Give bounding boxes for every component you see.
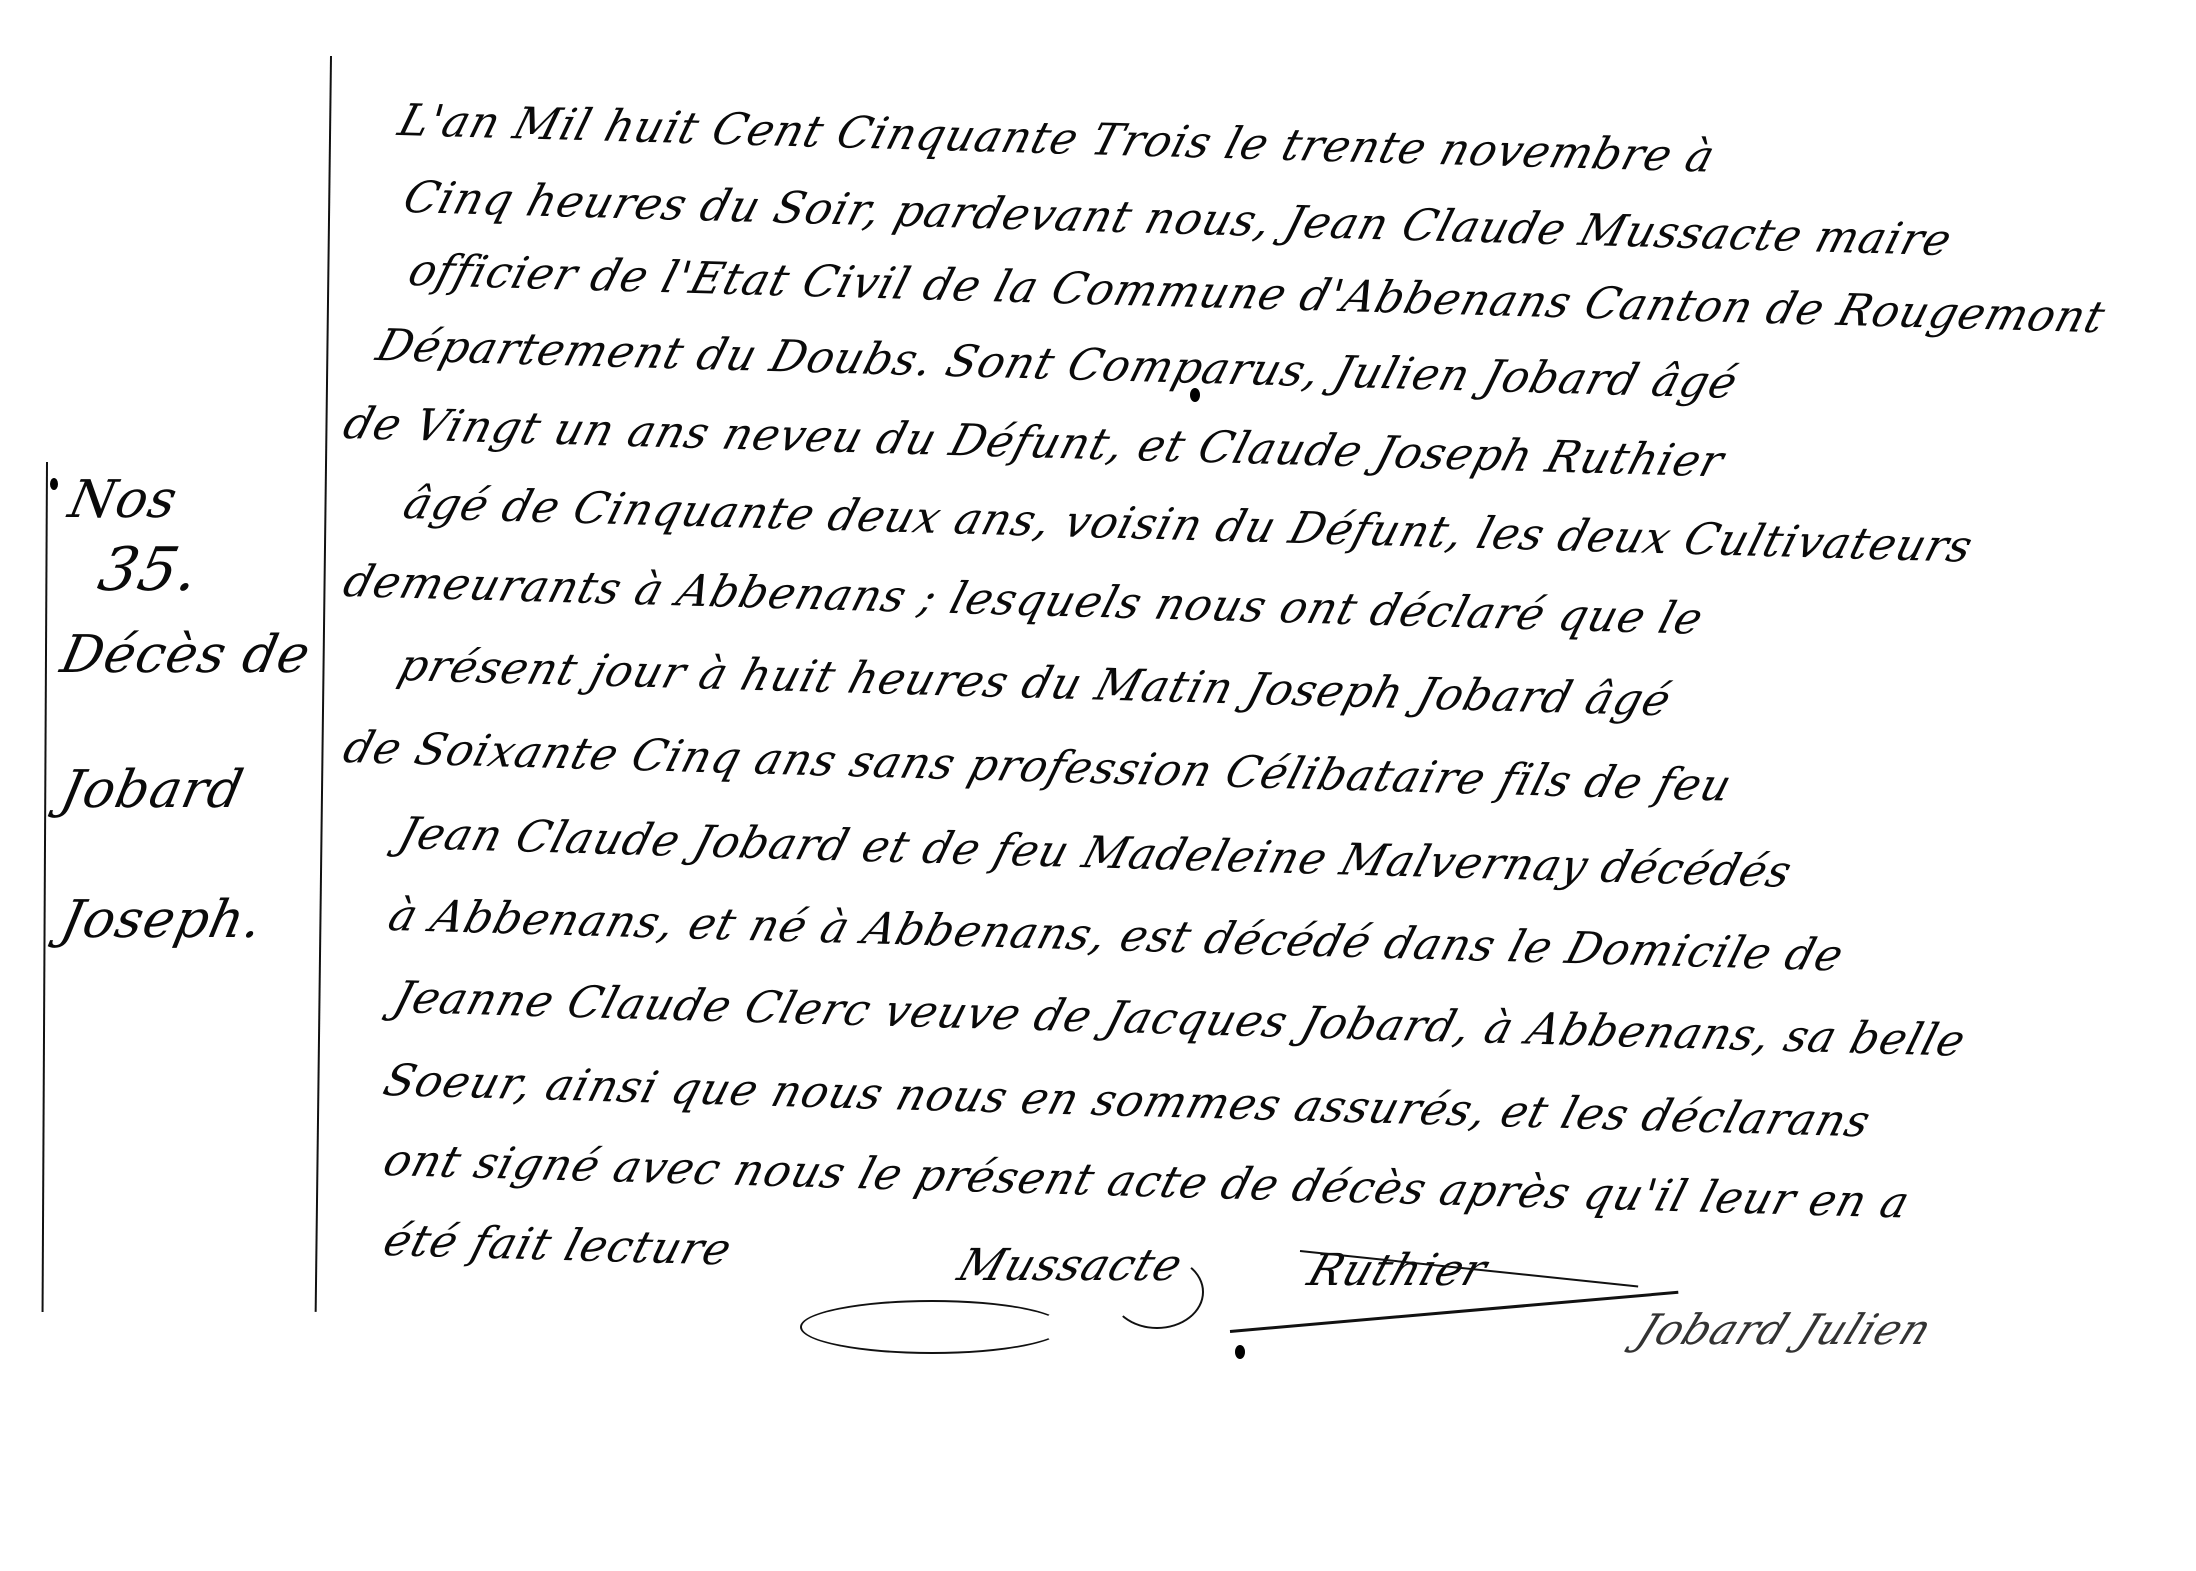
body-line: de Soixante Cinq ans sans profession Cél… <box>338 722 1738 811</box>
body-line: de Vingt un ans neveu du Défunt, et Clau… <box>338 398 1730 487</box>
body-line: Département du Doubs. Sont Comparus, Jul… <box>371 320 1744 409</box>
ink-blot <box>1190 388 1200 402</box>
body-line: ont signé avec nous le présent acte de d… <box>378 1135 1916 1228</box>
body-line: à Abbenans, et né à Abbenans, est décédé… <box>383 890 1850 981</box>
signature-flourish <box>800 1300 1064 1354</box>
body-line: présent jour à huit heures du Matin Jose… <box>393 640 1677 726</box>
signature-paraph-stroke <box>1230 1291 1679 1333</box>
margin-number-label: Nos <box>64 470 183 530</box>
margin-title-line-2: Jobard <box>56 760 249 820</box>
body-line: Jean Claude Jobard et de feu Madeleine M… <box>393 808 1798 897</box>
body-line: été fait lecture <box>378 1215 738 1275</box>
ink-blot <box>1235 1345 1245 1359</box>
body-line: Jeanne Claude Clerc veuve de Jacques Job… <box>388 972 1972 1066</box>
margin-record-number: 35. <box>93 535 206 605</box>
margin-title-line-3: Joseph. <box>56 890 269 950</box>
main-margin-rule <box>315 56 332 1312</box>
signature-witness-2: Jobard Julien <box>1630 1305 1940 1354</box>
margin-title-line-1: Décès de <box>56 625 316 685</box>
body-line: âgé de Cinquante deux ans, voisin du Déf… <box>398 478 1979 572</box>
signature-flourish <box>1110 1255 1204 1329</box>
body-line: L'an Mil huit Cent Cinquante Trois le tr… <box>393 95 1721 182</box>
scanned-register-page: Nos 35. Décès de Jobard Joseph. L'an Mil… <box>0 0 2196 1571</box>
left-margin-rule <box>42 462 48 1312</box>
body-line: Soeur, ainsi que nous nous en sommes ass… <box>378 1055 1877 1147</box>
ink-blot <box>50 478 58 490</box>
body-line: demeurants à Abbenans ; lesquels nous on… <box>338 556 1709 645</box>
